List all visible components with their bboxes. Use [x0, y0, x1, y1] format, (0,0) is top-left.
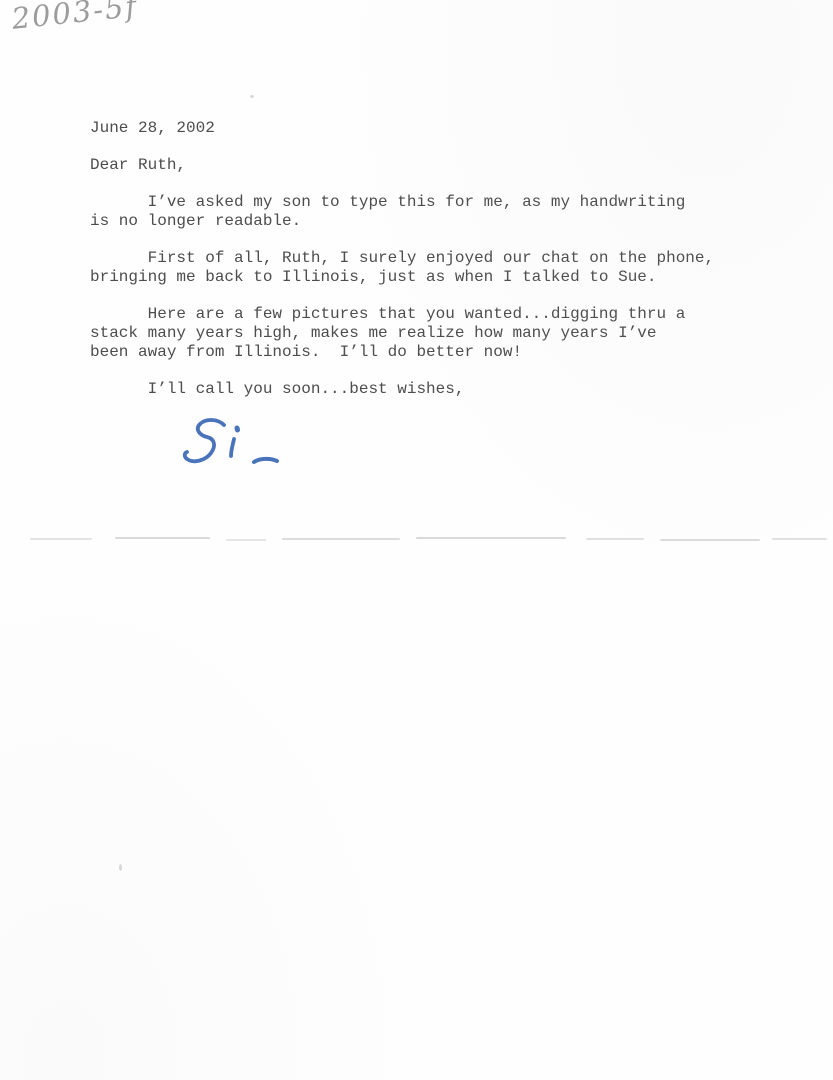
handwritten-archival-number: 2003-5f: [10, 0, 140, 36]
letter-date: June 28, 2002: [90, 119, 750, 138]
scanned-letter-page: 2003-5f June 28, 2002 Dear Ruth, I’ve as…: [0, 0, 833, 1080]
letter-salutation: Dear Ruth,: [90, 156, 750, 175]
scan-speck: [119, 864, 122, 871]
letter-paragraph: First of all, Ruth, I surely enjoyed our…: [90, 249, 750, 287]
scan-speck: [250, 95, 254, 98]
handwritten-signature: [178, 416, 288, 472]
letter-body: June 28, 2002 Dear Ruth, I’ve asked my s…: [90, 119, 750, 417]
letter-closing: I’ll call you soon...best wishes,: [90, 380, 750, 399]
letter-paragraph: I’ve asked my son to type this for me, a…: [90, 193, 750, 231]
paper-fold-crease: [0, 536, 833, 542]
signature-ink-strokes: [178, 416, 288, 472]
letter-paragraph: Here are a few pictures that you wanted.…: [90, 305, 750, 362]
